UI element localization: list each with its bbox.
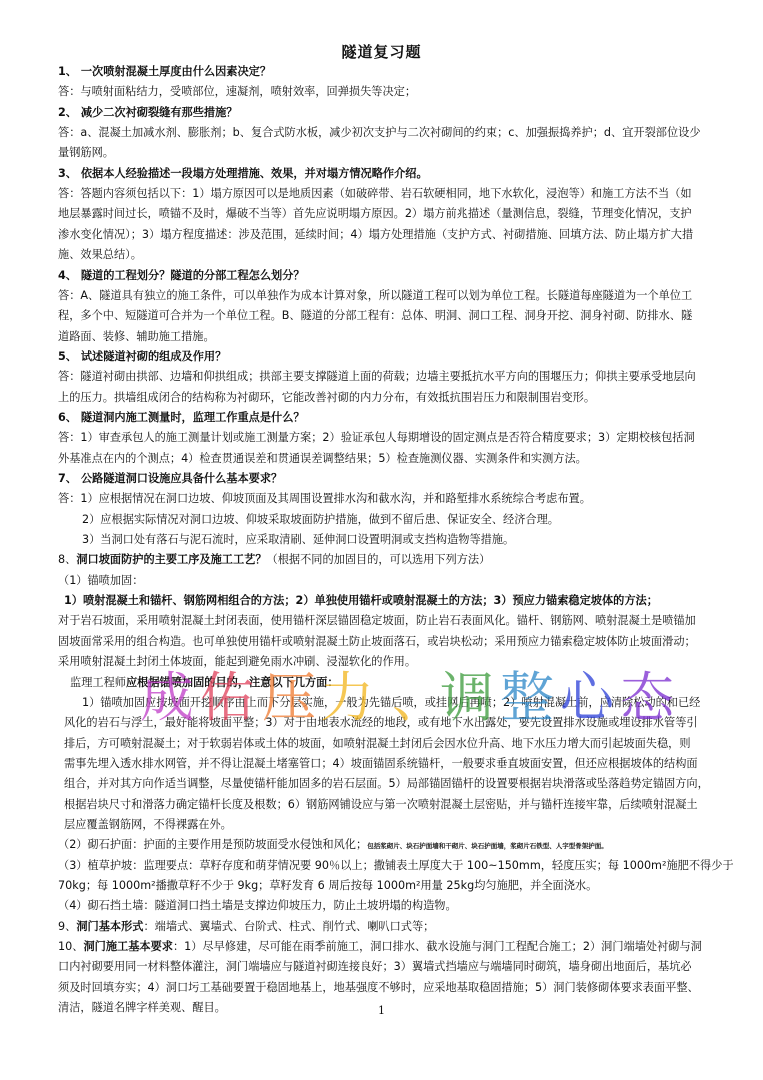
- line-text: （3）植草护坡：监理要点：草籽存度和萌芽情况要 90％以上；撒铺表土厚度大于 1…: [58, 859, 734, 872]
- watermark-char: 调: [440, 663, 498, 733]
- text-line: 9、洞门基本形式：端墙式、翼墙式、台阶式、柱式、削竹式、喇叭口式等；: [58, 920, 434, 934]
- text-line: 答：1）审查承包人的施工测量计划或施工测量方案；2）验证承包人每期增设的固定测点…: [58, 431, 695, 445]
- bold-heading: 洞门基本形式: [76, 920, 143, 933]
- watermark-char: 态: [620, 663, 678, 733]
- question-line: 1、 一次喷射混凝土厚度由什么因素决定？: [58, 65, 271, 79]
- line-prefix: 9、: [58, 920, 76, 933]
- text-line: 量钢筋网。: [58, 146, 114, 160]
- bold-heading: 洞门施工基本要求: [83, 940, 173, 953]
- text-line: 程，多个中、短隧道可合并为一个单位工程。B、隧道的分部工程有：总体、明洞、洞口工…: [58, 309, 692, 323]
- line-text: （4）砌石挡土墙：隧道洞口挡土墙是支撑边仰坡压力，防止土坡坍塌的构造物。: [58, 899, 457, 912]
- text-line: 地层暴露时间过长，喷锚不及时，爆破不当等）首先应说明塌方原因。2）塌方前兆描述（…: [58, 207, 692, 221]
- watermark-char: 成: [140, 663, 198, 733]
- text-line: 答：隧道衬砌由拱部、边墙和仰拱组成；拱部主要支撑隧道上面的荷载；边墙主要抵抗水平…: [58, 370, 696, 384]
- line-text: 2、 减少二次衬砌裂缝有那些措施？: [58, 106, 238, 119]
- text-line: 答：A、隧道具有独立的施工条件，可以单独作为成本计算对象，所以隧道工程可以划为单…: [58, 289, 692, 303]
- line-text: 3、 依据本人经验描述一段塌方处理措施、效果，并对塌方情况略作介绍。: [58, 167, 428, 180]
- watermark-char: 力: [320, 663, 378, 733]
- line-text: 地层暴露时间过长，喷锚不及时，爆破不当等）首先应说明塌方原因。2）塌方前兆描述（…: [58, 207, 692, 220]
- line-prefix: 监理工程师: [70, 676, 126, 689]
- line-prefix: 10、: [58, 940, 83, 953]
- line-text: 1、 一次喷射混凝土厚度由什么因素决定？: [58, 65, 271, 78]
- line-text: 70kg；每 1000m²播撒草籽不少于 9kg；草籽发育 6 周后按每 100…: [58, 879, 597, 892]
- line-text: 答：答题内容须包括以下：1）塌方原因可以是地质因素（如破碎带、岩石软硬相同，地下…: [58, 187, 692, 200]
- line-text: 渗水变化情况）；3）塌方程度描述：涉及范围，延续时间；4）塌方处理措施（支护方式…: [58, 228, 693, 241]
- text-line: 答：答题内容须包括以下：1）塌方原因可以是地质因素（如破碎带、岩石软硬相同，地下…: [58, 187, 692, 201]
- line-text: 排后，方可喷射混凝土；对于软弱岩体或土体的坡面，如喷射混凝土封闭后会因水位升高、…: [64, 737, 691, 750]
- text-line: 须及时回填夯实；4）洞口圬工基础要置于稳固地基上，地基强度不够时，应采地基取稳固…: [58, 981, 699, 995]
- line-text: 程，多个中、短隧道可合并为一个单位工程。B、隧道的分部工程有：总体、明洞、洞口工…: [58, 309, 692, 322]
- line-text: ：1）尽早修建，尽可能在雨季前施工，洞口排水、截水设施与洞门工程配合施工；2）洞…: [173, 940, 702, 953]
- question-line: 6、 隧道洞内施工测量时，监理工作重点是什么？: [58, 411, 305, 425]
- line-text: 1）喷射混凝土和锚杆、钢筋网相组合的方法；2）单独使用锚杆或喷射混凝土的方法；3…: [64, 594, 658, 607]
- question-line: 3、 依据本人经验描述一段塌方处理措施、效果，并对塌方情况略作介绍。: [58, 167, 428, 181]
- text-line: 70kg；每 1000m²播撒草籽不少于 9kg；草籽发育 6 周后按每 100…: [58, 879, 597, 893]
- line-text: 根据岩块尺寸和滑落力确定锚杆长度及根数；6）钢筋网铺设应与第一次喷射混凝土层密贴…: [64, 798, 698, 811]
- line-text: （1）锚喷加固：: [58, 574, 143, 587]
- text-line: 对于岩石坡面，采用喷射混凝土封闭表面，使用锚杆深层锚固稳定坡面，防止岩石表面风化…: [58, 614, 696, 628]
- line-text: 5、 试述隧道衬砌的组成及作用？: [58, 350, 226, 363]
- text-line: 根据岩块尺寸和滑落力确定锚杆长度及根数；6）钢筋网铺设应与第一次喷射混凝土层密贴…: [64, 798, 698, 812]
- line-text: 4、 隧道的工程划分？隧道的分部工程怎么划分？: [58, 269, 305, 282]
- text-line: 施、效果总结）。: [58, 248, 142, 262]
- question-line: 4、 隧道的工程划分？隧道的分部工程怎么划分？: [58, 269, 305, 283]
- text-line: 10、洞门施工基本要求：1）尽早修建，尽可能在雨季前施工，洞口排水、截水设施与洞…: [58, 940, 702, 954]
- line-text: 答：1）应根据情况在洞口边坡、仰坡顶面及其周围设置排水沟和截水沟，并和路堑排水系…: [58, 492, 591, 505]
- text-line: 3）当洞口处有落石与泥石流时，应采取清刷、延伸洞口设置明洞或支挡构造物等措施。: [82, 533, 514, 547]
- small-note: 包括浆砌片、块石护面墙和干砌片、块石护面墙，浆砌片石铁型、人字型骨架护面。: [367, 842, 608, 850]
- text-line: 2）应根据实际情况对洞口边坡、仰坡采取坡面防护措施，做到不留后患、保证安全、经济…: [82, 513, 559, 527]
- page-number: 1: [0, 1004, 763, 1017]
- document-page: 隧道复习题 1、 一次喷射混凝土厚度由什么因素决定？答：与喷射面粘结力，受喷部位…: [0, 0, 763, 1080]
- text-line: （4）砌石挡土墙：隧道洞口挡土墙是支撑边仰坡压力，防止土坡坍塌的构造物。: [58, 899, 457, 913]
- text-line: （3）植草护坡：监理要点：草籽存度和萌芽情况要 90％以上；撒铺表土厚度大于 1…: [58, 859, 734, 873]
- line-text: 答：A、隧道具有独立的施工条件，可以单独作为成本计算对象，所以隧道工程可以划为单…: [58, 289, 692, 302]
- text-line: 答：与喷射面粘结力，受喷部位，速凝剂，喷射效率，回弹损失等决定；: [58, 85, 416, 99]
- line-text: 固坡面常采用的组合构造。也可单独使用锚杆或喷射混凝土防止坡面落石，或岩块松动；采…: [58, 635, 696, 648]
- line-text: 组合，并对其方向作适当调整，尽量使锚杆能加固多的岩石层面。5）局部锚固锚杆的设置…: [64, 777, 709, 790]
- text-line: 口内衬砌要用同一材料整体灌注，洞门端墙应与隧道衬砌连接良好；3）翼墙式挡墙应与端…: [58, 960, 692, 974]
- line-text: 上的压力。拱墙组成闭合的结构称为衬砌环，它能改善衬砌的内力分布，有效抵抗围岩压力…: [58, 391, 595, 404]
- text-line: 答：1）应根据情况在洞口边坡、仰坡顶面及其周围设置排水沟和截水沟，并和路堑排水系…: [58, 492, 591, 506]
- text-line: 层应覆盖钢筋网，不得裸露在外。: [64, 818, 232, 832]
- text-line: 外基准点在内的个测点；4）检查贯通误差和贯通误差调整结果；5）检查施测仪器、实测…: [58, 452, 587, 466]
- line-text: 对于岩石坡面，采用喷射混凝土封闭表面，使用锚杆深层锚固稳定坡面，防止岩石表面风化…: [58, 614, 696, 627]
- line-text: （2）砌石护面：护面的主要作用是预防坡面受水侵蚀和风化；: [58, 838, 367, 851]
- line-text: 须及时回填夯实；4）洞口圬工基础要置于稳固地基上，地基强度不够时，应采地基取稳固…: [58, 981, 699, 994]
- line-text: 施、效果总结）。: [58, 248, 142, 261]
- text-line: （1）锚喷加固：: [58, 574, 143, 588]
- watermark-char: 心: [560, 663, 618, 733]
- line-text: 7、 公路隧道洞口设施应具备什么基本要求？: [58, 472, 282, 485]
- text-line: 排后，方可喷射混凝土；对于软弱岩体或土体的坡面，如喷射混凝土封闭后会因水位升高、…: [64, 737, 691, 751]
- text-line: 答：a、混凝土加减水剂、膨胀剂；b、复合式防水板，减少初次支护与二次衬砌间的约束…: [58, 126, 701, 140]
- text-line: 组合，并对其方向作适当调整，尽量使锚杆能加固多的岩石层面。5）局部锚固锚杆的设置…: [64, 777, 709, 791]
- text-line: 渗水变化情况）；3）塌方程度描述：涉及范围，延续时间；4）塌方处理措施（支护方式…: [58, 228, 693, 242]
- line-text: 答：a、混凝土加减水剂、膨胀剂；b、复合式防水板，减少初次支护与二次衬砌间的约束…: [58, 126, 701, 139]
- line-text: 口内衬砌要用同一材料整体灌注，洞门端墙应与隧道衬砌连接良好；3）翼墙式挡墙应与端…: [58, 960, 692, 973]
- watermark-char: 佑: [200, 663, 258, 733]
- watermark-char: 压: [262, 663, 320, 733]
- question-line: 2、 减少二次衬砌裂缝有那些措施？: [58, 106, 238, 120]
- line-prefix: 8、: [58, 553, 76, 566]
- text-line: （2）砌石护面：护面的主要作用是预防坡面受水侵蚀和风化；包括浆砌片、块石护面墙和…: [58, 838, 608, 853]
- text-line: 道路面、装修、辅助施工措施。: [58, 330, 215, 344]
- line-text: 道路面、装修、辅助施工措施。: [58, 330, 215, 343]
- line-text: 量钢筋网。: [58, 146, 114, 159]
- line-text: 需事先埋入透水排水网管，并不得让混凝土堵塞管口；4）坡面锚固系统锚杆，一般要求垂…: [64, 757, 698, 770]
- question-line: 1）喷射混凝土和锚杆、钢筋网相组合的方法；2）单独使用锚杆或喷射混凝土的方法；3…: [64, 594, 658, 608]
- text-line: 8、洞口坡面防护的主要工序及施工工艺？（根据不同的加固目的，可以选用下列方法）: [58, 553, 490, 567]
- line-text: 外基准点在内的个测点；4）检查贯通误差和贯通误差调整结果；5）检查施测仪器、实测…: [58, 452, 587, 465]
- line-text: 答：隧道衬砌由拱部、边墙和仰拱组成；拱部主要支撑隧道上面的荷载；边墙主要抵抗水平…: [58, 370, 696, 383]
- text-line: 上的压力。拱墙组成闭合的结构称为衬砌环，它能改善衬砌的内力分布，有效抵抗围岩压力…: [58, 391, 595, 405]
- text-line: 固坡面常采用的组合构造。也可单独使用锚杆或喷射混凝土防止坡面落石，或岩块松动；采…: [58, 635, 696, 649]
- line-text: 2）应根据实际情况对洞口边坡、仰坡采取坡面防护措施，做到不留后患、保证安全、经济…: [82, 513, 559, 526]
- line-text: 3）当洞口处有落石与泥石流时，应采取清刷、延伸洞口设置明洞或支挡构造物等措施。: [82, 533, 514, 546]
- document-title: 隧道复习题: [0, 41, 763, 62]
- line-text: 6、 隧道洞内施工测量时，监理工作重点是什么？: [58, 411, 305, 424]
- question-line: 7、 公路隧道洞口设施应具备什么基本要求？: [58, 472, 282, 486]
- line-text: ：端墙式、翼墙式、台阶式、柱式、削竹式、喇叭口式等；: [143, 920, 434, 933]
- line-text: （根据不同的加固目的，可以选用下列方法）: [267, 553, 491, 566]
- text-line: 需事先埋入透水排水网管，并不得让混凝土堵塞管口；4）坡面锚固系统锚杆，一般要求垂…: [64, 757, 698, 771]
- watermark-char: 整: [500, 663, 558, 733]
- line-text: 答：1）审查承包人的施工测量计划或施工测量方案；2）验证承包人每期增设的固定测点…: [58, 431, 695, 444]
- bold-heading: 洞口坡面防护的主要工序及施工工艺？: [76, 553, 266, 566]
- question-line: 5、 试述隧道衬砌的组成及作用？: [58, 350, 226, 364]
- line-text: 层应覆盖钢筋网，不得裸露在外。: [64, 818, 232, 831]
- line-text: 答：与喷射面粘结力，受喷部位，速凝剂，喷射效率，回弹损失等决定；: [58, 85, 416, 98]
